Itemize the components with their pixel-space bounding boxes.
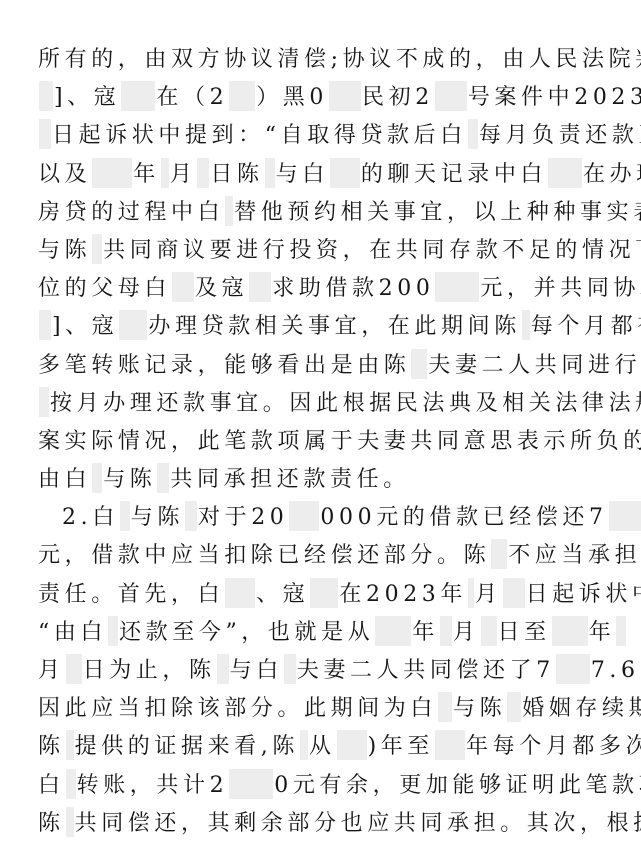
text-line: 陈共同偿还，其剩余部分也应共同承担。其次，根据《民法典》 [38, 805, 604, 843]
redaction-block [217, 654, 229, 684]
text-segment: 年 [412, 620, 439, 645]
text-segment: 日起诉状中提到：“自取得贷款后白 [52, 123, 467, 148]
text-segment: 与白 [276, 162, 329, 187]
redaction-block [435, 272, 479, 302]
text-segment: 案实际情况，此笔款项属于夫妻共同意思表示所负的债务，应该 [38, 429, 641, 454]
redaction-block [337, 730, 367, 760]
redaction-block [66, 769, 76, 799]
redaction-block [92, 463, 102, 493]
text-segment: 元，借款中应当扣除已经偿还部分。陈 [38, 543, 490, 568]
redaction-block [438, 692, 452, 722]
text-segment: 与陈 [103, 467, 156, 492]
redaction-block [108, 616, 118, 646]
redaction-block [609, 501, 641, 531]
redaction-block [440, 616, 452, 646]
redaction-block [310, 578, 338, 608]
text-segment: 民初2 [362, 85, 434, 110]
redaction-block [491, 539, 507, 569]
redaction-block [66, 730, 74, 760]
text-segment: 共同偿还，其剩余部分也应共同承担。其次，根据《民法典》 [75, 811, 641, 836]
text-segment: 及寇 [195, 276, 248, 301]
text-segment: 白 [38, 773, 65, 798]
redaction-block [265, 158, 275, 188]
text-segment: 日陈 [210, 162, 263, 187]
text-segment: 元，并共同协助白 [480, 276, 641, 301]
text-segment: 每月负责还款至今”， [479, 123, 641, 148]
text-segment: 因此应当扣除该部分。此期间为白 [38, 696, 437, 721]
text-line: 月日为止，陈与白夫妻二人共同偿还了77.68元， [38, 652, 604, 690]
redaction-block [39, 310, 51, 340]
text-line: 日起诉状中提到：“自取得贷款后白每月负责还款至今”， [38, 117, 604, 155]
text-line: 案实际情况，此笔款项属于夫妻共同意思表示所负的债务，应该 [38, 423, 604, 461]
redaction-block [329, 81, 361, 111]
redaction-block [161, 158, 169, 188]
redaction-block [375, 616, 411, 646]
text-segment: 提供的证据来看,陈 [75, 734, 299, 759]
text-line: 陈提供的证据来看,陈从)年至年每个月都多次给 [38, 728, 604, 766]
text-segment: 、寇 [256, 582, 309, 607]
redaction-block [121, 81, 155, 111]
text-segment: 婚姻存续期间，根据 [522, 696, 641, 721]
redaction-block [39, 387, 49, 417]
redaction-block [225, 578, 255, 608]
redaction-block [92, 158, 132, 188]
document-body: 所有的，由双方协议清偿;协议不成的，由人民法院判决。白]、寇在（2）黑0民初2号… [38, 41, 604, 843]
text-segment: ]、寇 [52, 314, 118, 339]
text-line: 多笔转账记录，能够看出是由陈夫妻二人共同进行还款，由白 [38, 347, 604, 385]
text-segment: 不应当承担偿还利息的 [508, 543, 641, 568]
redaction-block [119, 310, 147, 340]
text-segment: 所有的，由双方协议清偿;协议不成的，由人民法院判决。白 [38, 47, 641, 72]
text-segment: 以及 [38, 162, 91, 187]
text-segment: 夫妻二人共同进行还款，由白 [428, 353, 641, 378]
text-segment: 与陈 [131, 505, 184, 530]
text-segment: ）黑0 [256, 85, 328, 110]
text-line: 房贷的过程中白替他预约相关事宜，以上种种事实表明是白 [38, 194, 604, 232]
text-segment: 与白 [230, 658, 283, 683]
text-line: 位的父母白及寇求助借款200元，并共同协助白 [38, 270, 604, 308]
text-segment: 月 [475, 582, 502, 607]
text-segment: 从 [309, 734, 336, 759]
redaction-block [507, 692, 521, 722]
redaction-block [548, 158, 582, 188]
text-segment: 日至 [498, 620, 551, 645]
redaction-block [616, 616, 626, 646]
text-segment: 日为止，陈 [83, 658, 216, 683]
text-segment: 年 [133, 162, 160, 187]
text-segment: “由白 [38, 620, 107, 645]
text-line: 元，借款中应当扣除已经偿还部分。陈不应当承担偿还利息的 [38, 537, 604, 575]
text-segment: 共同承担还款责任。 [170, 467, 409, 492]
redaction-block [229, 769, 273, 799]
redaction-block [249, 272, 271, 302]
text-line: 按月办理还款事宜。因此根据民法典及相关法律法规，结合本 [38, 385, 604, 423]
redaction-block [468, 119, 478, 149]
redaction-block [66, 654, 82, 684]
redaction-block [197, 158, 209, 188]
text-segment: 按月办理还款事宜。因此根据民法典及相关法律法规，结合本 [50, 391, 641, 416]
text-segment: 月 [170, 162, 197, 187]
text-segment: 在2023年 [339, 582, 467, 607]
redaction-block [284, 654, 296, 684]
text-line: 因此应当扣除该部分。此期间为白与陈婚姻存续期间，根据 [38, 690, 604, 728]
redaction-block [435, 81, 467, 111]
redaction-block [120, 501, 130, 531]
text-segment: 在（2 [156, 85, 228, 110]
text-segment: 陈 [38, 811, 65, 836]
text-segment: 与陈 [453, 696, 506, 721]
text-segment: )年至 [368, 734, 434, 759]
text-line: 以及年月日陈与白的聊天记录中白在办理 [38, 156, 604, 194]
redaction-block [481, 616, 497, 646]
text-segment: 房贷的过程中白 [38, 200, 224, 225]
text-segment: 2.白 [62, 505, 119, 530]
text-segment: 共同商议要进行投资，在共同存款不足的情况下决定向二 [103, 238, 641, 263]
redaction-block [39, 119, 51, 149]
text-line: 责任。首先，白、寇在2023年月日起诉状中自认 [38, 576, 604, 614]
redaction-block [552, 616, 588, 646]
redaction-block [503, 578, 525, 608]
text-segment: ]、寇 [54, 85, 120, 110]
text-line: 与陈共同商议要进行投资，在共同存款不足的情况下决定向二 [38, 232, 604, 270]
text-line: “由白还款至今”，也就是从年月日至年 [38, 614, 604, 652]
redaction-block [225, 196, 233, 226]
text-segment: 办理贷款相关事宜，在此期间陈 [148, 314, 520, 339]
text-line: 白转账，共计20元有余，更加能够证明此笔款项是白 [38, 767, 604, 805]
text-line: ]、寇办理贷款相关事宜，在此期间陈每个月都有给白 [38, 308, 604, 346]
redaction-block [556, 654, 590, 684]
text-segment: 求助借款200 [272, 276, 434, 301]
redaction-block [229, 81, 255, 111]
text-segment: 责任。首先，白 [38, 582, 224, 607]
text-line: 由白与陈共同承担还款责任。 [38, 461, 604, 499]
text-segment: 还款至今”，也就是从 [119, 620, 374, 645]
text-segment: 转账，共计2 [77, 773, 229, 798]
text-segment: 每个月都有给白 [531, 314, 641, 339]
text-segment: 月 [38, 658, 65, 683]
text-segment: 陈 [38, 734, 65, 759]
redaction-block [289, 501, 319, 531]
text-segment: 0元有余，更加能够证明此笔款项是白 [274, 773, 641, 798]
text-segment: 多笔转账记录，能够看出是由陈 [38, 353, 410, 378]
redaction-block [92, 234, 102, 264]
text-segment: 由白 [38, 467, 91, 492]
redaction-block [39, 81, 53, 111]
redaction-block [468, 578, 474, 608]
text-segment: 7.68元， [591, 658, 641, 683]
text-segment: 位的父母白 [38, 276, 171, 301]
redaction-block [435, 730, 465, 760]
redaction-block [185, 501, 197, 531]
text-segment: 000元的借款已经偿还7 [320, 505, 607, 530]
redaction-block [66, 807, 74, 837]
redaction-block [172, 272, 194, 302]
text-segment: 夫妻二人共同偿还了7 [297, 658, 555, 683]
text-segment: 对于20 [198, 505, 288, 530]
redaction-block [411, 349, 427, 379]
redaction-block [300, 730, 308, 760]
redaction-block [157, 463, 169, 493]
text-segment: 的聊天记录中白 [361, 162, 547, 187]
text-line: 2.白与陈对于20000元的借款已经偿还77.68 [38, 499, 604, 537]
document-page: 所有的，由双方协议清偿;协议不成的，由人民法院判决。白]、寇在（2）黑0民初2号… [0, 0, 641, 848]
text-segment: 年 [589, 620, 616, 645]
text-segment: 在办理 [583, 162, 641, 187]
text-segment: 号案件中2023年 [468, 85, 641, 110]
redaction-block [522, 310, 530, 340]
redaction-block [330, 158, 360, 188]
text-line: ]、寇在（2）黑0民初2号案件中2023年月 [38, 79, 604, 117]
text-segment: 月 [453, 620, 480, 645]
text-segment: 年每个月都多次给 [466, 734, 641, 759]
text-segment: 与陈 [38, 238, 91, 263]
text-line: 所有的，由双方协议清偿;协议不成的，由人民法院判决。白 [38, 41, 604, 79]
text-segment: 替他预约相关事宜，以上种种事实表明是白 [234, 200, 641, 225]
text-segment: 日起诉状中自认 [526, 582, 641, 607]
